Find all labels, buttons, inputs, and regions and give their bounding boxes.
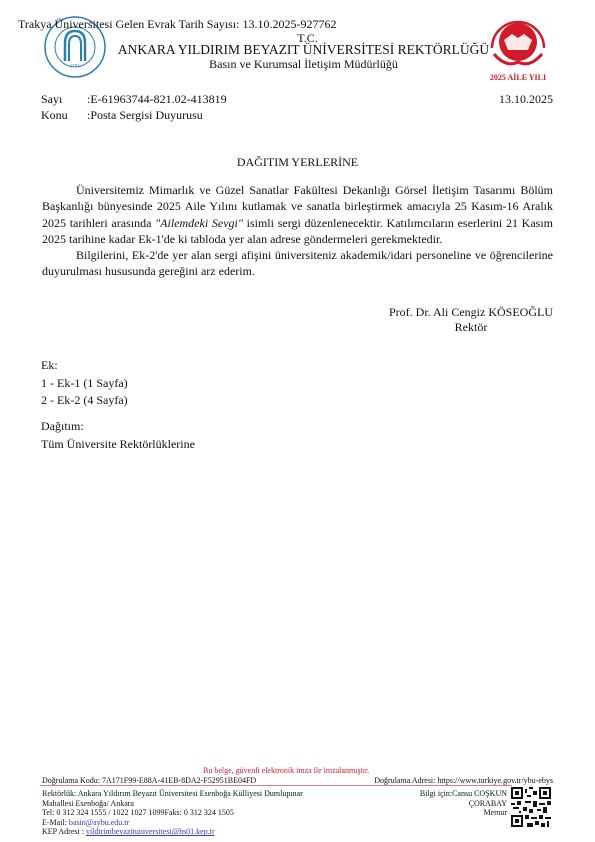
distribution-value: Tüm Üniversite Rektörlüklerine	[41, 436, 195, 454]
info-title: Memur	[420, 808, 507, 818]
svg-text:AYBÜ: AYBÜ	[70, 63, 81, 68]
distribution-block: Dağıtım: Tüm Üniversite Rektörlüklerine	[41, 418, 195, 453]
konu-row: Konu:Posta Sergisi Duyurusu	[41, 108, 203, 123]
address-line-2: Mahallesi Esenboğa/ Ankara	[42, 799, 303, 809]
sayi-row: Sayı:E-61963744-821.02-413819	[41, 92, 227, 107]
verify-code: Doğrulama Kodu: 7A171F99-E88A-41EB-8DA2-…	[42, 776, 256, 785]
kep-link[interactable]: yildirimbeyazituniversitesi@hs01.kep.tr	[86, 827, 215, 836]
attachment-item[interactable]: 2 - Ek-2 (4 Sayfa)	[41, 392, 128, 410]
signer-title: Rektör	[389, 320, 553, 335]
signer-name: Prof. Dr. Ali Cengiz KÖSEOĞLU	[389, 305, 553, 320]
info-contact: Bilgi için:Cansu COŞKUN ÇORABAY Memur	[420, 789, 507, 818]
distribution-label: Dağıtım:	[41, 418, 195, 436]
attachments-list: Ek: 1 - Ek-1 (1 Sayfa) 2 - Ek-2 (4 Sayfa…	[41, 357, 128, 410]
document-date: 13.10.2025	[499, 92, 553, 107]
footer-contact: Rektörlük: Ankara Yıldırım Beyazıt Ünive…	[42, 789, 303, 837]
body-paragraph-1: Üniversitemiz Mimarlık ve Güzel Sanatlar…	[42, 182, 553, 247]
phone-fax: Tel: 0 312 324 1555 / 1022 1027 1099Faks…	[42, 808, 303, 818]
sayi-value: :E-61963744-821.02-413819	[87, 92, 227, 106]
esign-notice: Bu belge, güvenli elektronik imza ile im…	[203, 766, 369, 775]
attachments-label: Ek:	[41, 357, 128, 375]
qr-code-icon[interactable]	[511, 787, 551, 827]
document-title: DAĞITIM YERLERİNE	[0, 155, 595, 170]
signature-block: Prof. Dr. Ali Cengiz KÖSEOĞLU Rektör	[389, 305, 553, 335]
document-body: Üniversitemiz Mimarlık ve Güzel Sanatlar…	[42, 182, 553, 280]
info-name: Bilgi için:Cansu COŞKUN	[420, 789, 507, 799]
body-paragraph-2: Bilgilerini, Ek-2'de yer alan sergi afiş…	[42, 247, 553, 280]
konu-value: :Posta Sergisi Duyurusu	[87, 108, 203, 122]
footer-divider	[40, 785, 512, 786]
address-line-1: Rektörlük: Ankara Yıldırım Beyazıt Ünive…	[42, 789, 303, 799]
attachment-item[interactable]: 1 - Ek-1 (1 Sayfa)	[41, 375, 128, 393]
email-row: E-Mail: basin@aybu.edu.tr	[42, 818, 303, 828]
konu-label: Konu	[41, 108, 87, 123]
email-link[interactable]: basin@aybu.edu.tr	[69, 818, 129, 827]
aile-yili-logo: 2025 AİLE YILI	[482, 18, 554, 82]
sayi-label: Sayı	[41, 92, 87, 107]
info-surname: ÇORABAY	[420, 799, 507, 809]
verify-address[interactable]: Doğrulama Adresi: https://www.turkiye.go…	[374, 776, 553, 785]
incoming-doc-stamp: Trakya Üniversitesi Gelen Evrak Tarih Sa…	[18, 17, 336, 32]
aile-yili-caption: 2025 AİLE YILI	[482, 73, 554, 82]
kep-row: KEP Adresi : yildirimbeyazituniversitesi…	[42, 827, 303, 837]
